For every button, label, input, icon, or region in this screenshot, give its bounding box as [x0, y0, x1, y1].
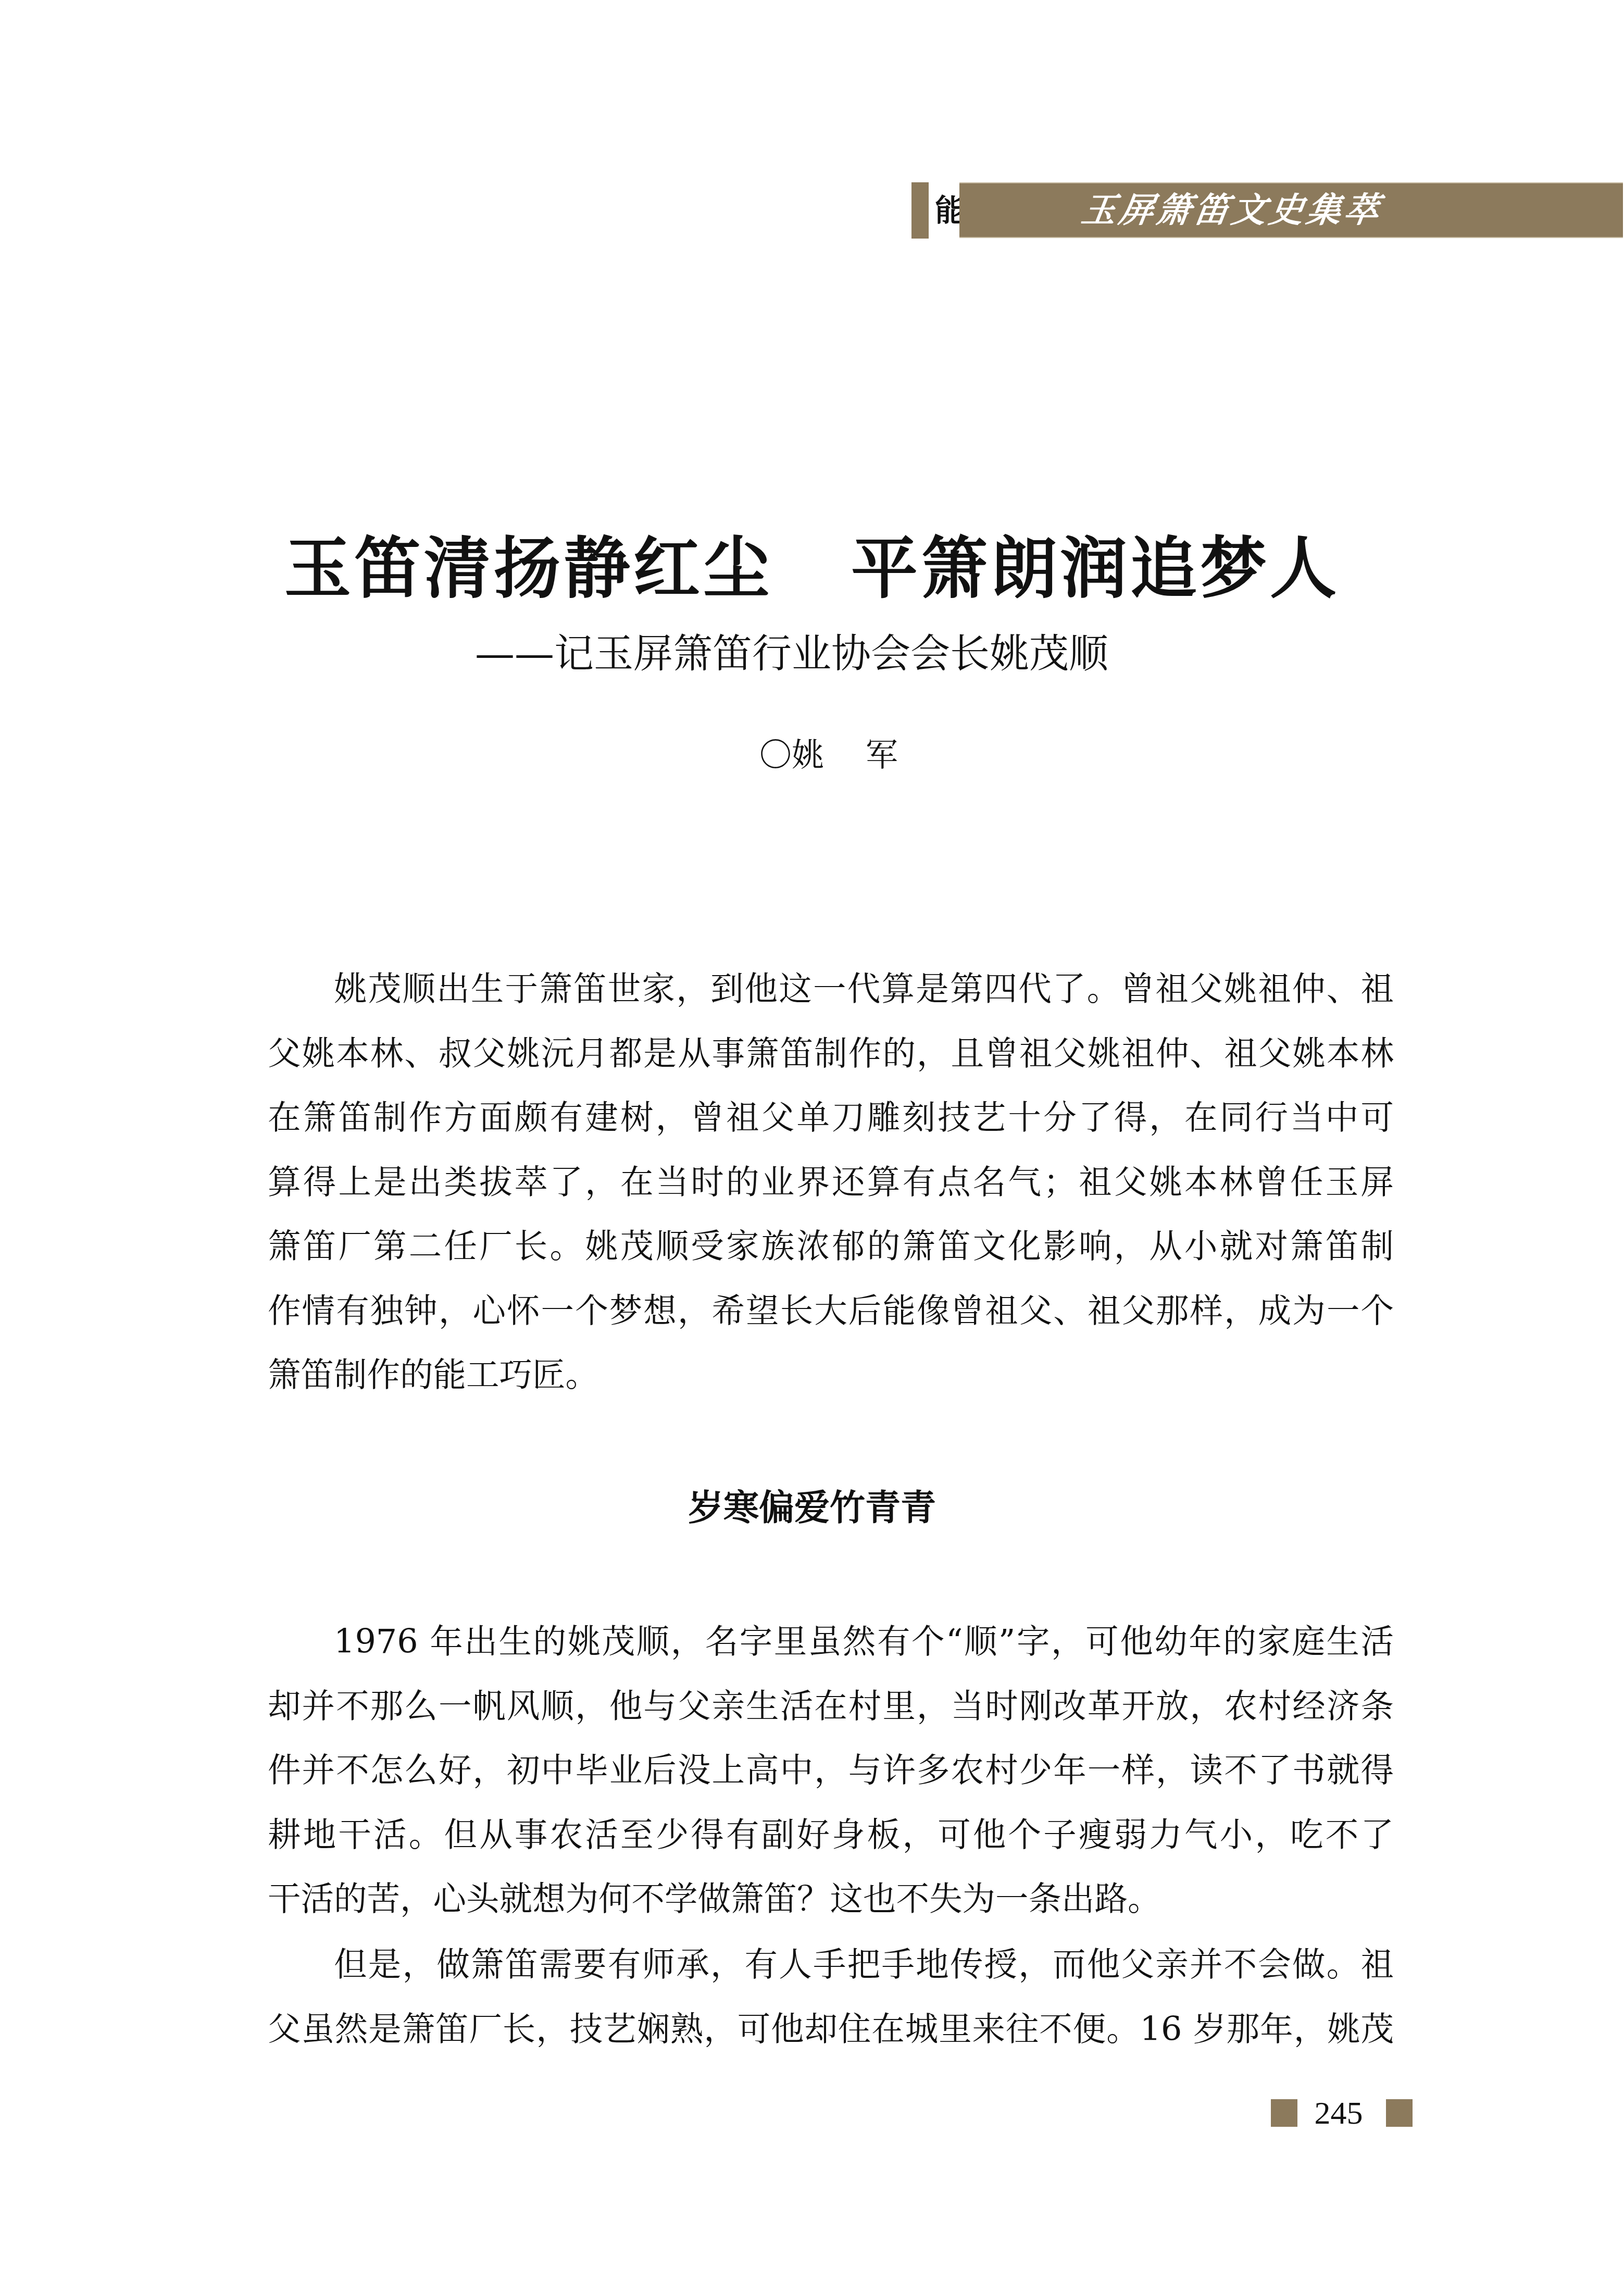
text-line: 但是，做箫笛需要有师承，有人手把手地传授，而他父亲并不会做。祖	[268, 1933, 1394, 1997]
page-number: 245	[1302, 2095, 1375, 2131]
article-subtitle: ——记玉屏箫笛行业协会会长姚茂顺	[475, 628, 1108, 680]
author-given-name: 军	[866, 736, 898, 774]
running-header-band: 玉屏箫笛文史集萃	[959, 182, 1623, 238]
header-accent-bar	[911, 182, 929, 239]
text-line: 箫笛制作的能工巧匠。	[268, 1343, 1394, 1407]
intro-paragraph: 姚茂顺出生于箫笛世家，到他这一代算是第四代了。曾祖父姚祖仲、祖 父姚本林、叔父姚…	[268, 957, 1394, 1407]
text-line: 件并不怎么好，初中毕业后没上高中，与许多农村少年一样，读不了书就得	[268, 1738, 1394, 1803]
text-line: 干活的苦，心头就想为何不学做箫笛？这也不失为一条出路。	[268, 1867, 1394, 1931]
body-paragraph: 但是，做箫笛需要有师承，有人手把手地传授，而他父亲并不会做。祖 父虽然是箫笛厂长…	[268, 1933, 1394, 2061]
section-heading: 岁寒偏爱竹青青	[0, 1482, 1624, 1534]
running-header-book-title: 玉屏箫笛文史集萃	[1078, 183, 1385, 237]
text-line: 却并不那么一帆风顺，他与父亲生活在村里，当时刚改革开放，农村经济条	[268, 1674, 1394, 1739]
text-line: 耕地干活。但从事农活至少得有副好身板，可他个子瘦弱力气小，吃不了	[268, 1803, 1394, 1867]
article-title: 玉笛清扬静红尘平箫朗润追梦人	[0, 527, 1624, 610]
text-line: 1976 年出生的姚茂顺，名字里虽然有个“顺”字，可他幼年的家庭生活	[268, 1610, 1394, 1674]
author-mark-icon: 〇	[759, 736, 792, 774]
text-line: 算得上是出类拔萃了，在当时的业界还算有点名气；祖父姚本林曾任玉屏	[268, 1150, 1394, 1215]
text-line: 作情有独钟，心怀一个梦想，希望长大后能像曾祖父、祖父那样，成为一个	[268, 1279, 1394, 1343]
footer-square-right-icon	[1386, 2099, 1413, 2127]
text-line: 父姚本林、叔父姚沅月都是从事箫笛制作的，且曾祖父姚祖仲、祖父姚本林	[268, 1021, 1394, 1086]
body-paragraph: 1976 年出生的姚茂顺，名字里虽然有个“顺”字，可他幼年的家庭生活 却并不那么…	[268, 1610, 1394, 1931]
article-title-part-1: 玉笛清扬静红尘	[284, 530, 773, 608]
text-line: 箫笛厂第二任厂长。姚茂顺受家族浓郁的箫笛文化影响，从小就对箫笛制	[268, 1214, 1394, 1279]
author-byline: 〇姚军	[759, 734, 898, 776]
article-title-part-2: 平箫朗润追梦人	[851, 530, 1340, 608]
footer-square-left-icon	[1271, 2099, 1297, 2127]
text-line: 在箫笛制作方面颇有建树，曾祖父单刀雕刻技艺十分了得，在同行当中可	[268, 1086, 1394, 1150]
text-line: 父虽然是箫笛厂长，技艺娴熟，可他却住在城里来往不便。16 岁那年，姚茂	[268, 1997, 1394, 2062]
author-surname: 姚	[792, 736, 824, 774]
text-line: 姚茂顺出生于箫笛世家，到他这一代算是第四代了。曾祖父姚祖仲、祖	[268, 957, 1394, 1021]
